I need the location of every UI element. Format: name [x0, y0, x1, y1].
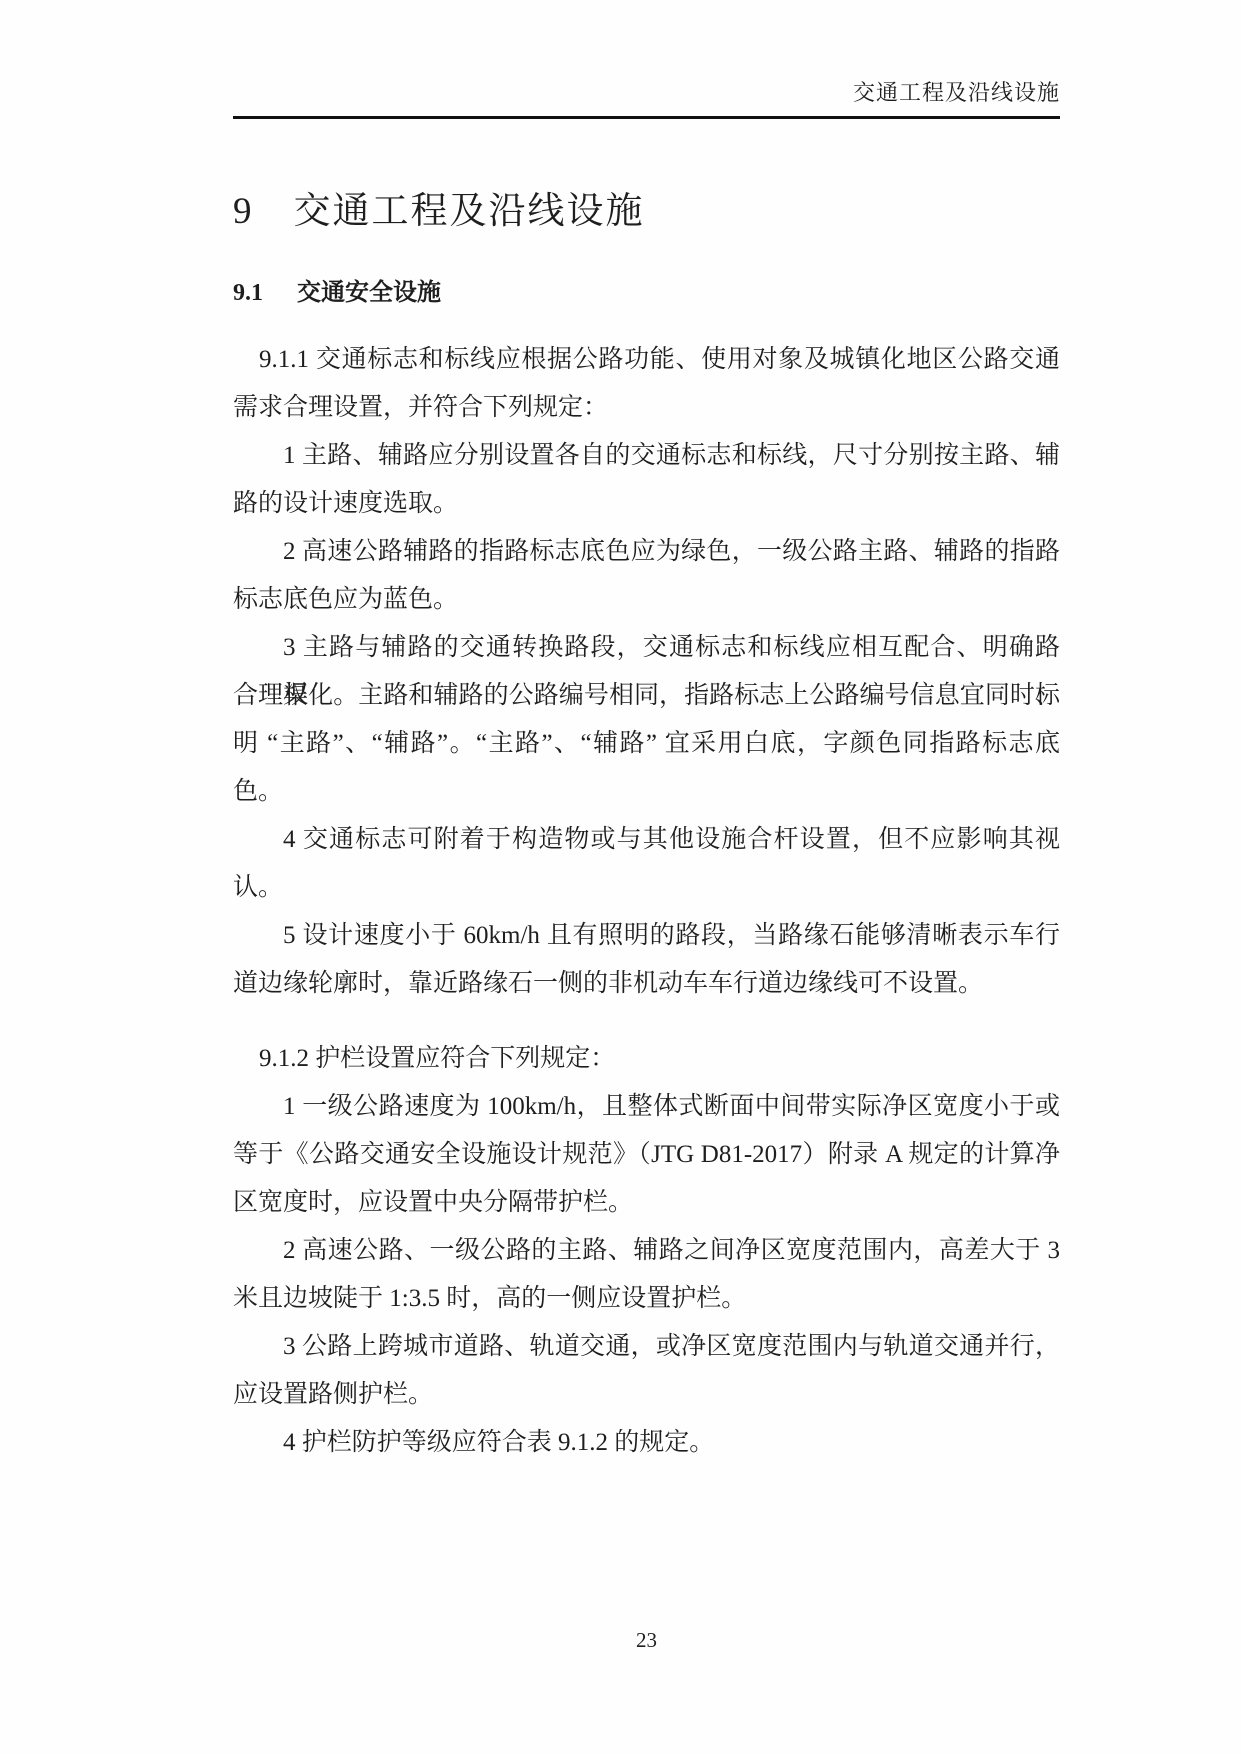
text-line: 等于《公路交通安全设施设计规范》（JTG D81-2017）附录 A 规定的计算… — [233, 1131, 1060, 1179]
section-title-text: 交通安全设施 — [297, 279, 441, 306]
text-line: 3 主路与辅路的交通转换路段，交通标志和标线应相互配合、明确路权、 — [233, 624, 1060, 672]
text-line: 米且边坡陡于 1:3.5 时，高的一侧应设置护栏。 — [233, 1275, 1060, 1323]
text-line: 明 “主路”、“辅路”。“主路”、“辅路” 宜采用白底，字颜色同指路标志底 — [233, 720, 1060, 768]
chapter-number: 9 — [233, 190, 254, 234]
text-line: 道边缘轮廓时，靠近路缘石一侧的非机动车车行道边缘线可不设置。 — [233, 960, 1060, 1008]
text-line: 路的设计速度选取。 — [233, 480, 1060, 528]
text-line: 应设置路侧护栏。 — [233, 1371, 1060, 1419]
chapter-title: 9交通工程及沿线设施 — [233, 190, 1060, 234]
text-line: 2 高速公路、一级公路的主路、辅路之间净区宽度范围内，高差大于 3 — [233, 1227, 1060, 1275]
text-line: 标志底色应为蓝色。 — [233, 576, 1060, 624]
page-number: 23 — [233, 1626, 1060, 1654]
text-line: 4 交通标志可附着于构造物或与其他设施合杆设置，但不应影响其视 — [233, 816, 1060, 864]
document-page: 交通工程及沿线设施 9交通工程及沿线设施 9.1交通安全设施 9.1.1 交通标… — [0, 0, 1241, 1754]
text-line: 4 护栏防护等级应符合表 9.1.2 的规定。 — [233, 1419, 1060, 1467]
chapter-title-text: 交通工程及沿线设施 — [294, 191, 645, 232]
section-heading: 9.1交通安全设施 — [233, 278, 1060, 308]
text-line: 2 高速公路辅路的指路标志底色应为绿色，一级公路主路、辅路的指路 — [233, 528, 1060, 576]
section-number: 9.1 — [233, 278, 263, 308]
running-header: 交通工程及沿线设施 — [233, 0, 1060, 119]
text-line: 色。 — [233, 768, 1060, 816]
text-line: 3 公路上跨城市道路、轨道交通，或净区宽度范围内与轨道交通并行， — [233, 1323, 1060, 1371]
text-line: 1 一级公路速度为 100km/h，且整体式断面中间带实际净区宽度小于或 — [233, 1083, 1060, 1131]
text-line: 认。 — [233, 864, 1060, 912]
text-line: 区宽度时，应设置中央分隔带护栏。 — [233, 1179, 1060, 1227]
text-line: 9.1.2 护栏设置应符合下列规定： — [233, 1035, 1060, 1083]
text-line: 5 设计速度小于 60km/h 且有照明的路段，当路缘石能够清晰表示车行 — [233, 912, 1060, 960]
text-line: 1 主路、辅路应分别设置各自的交通标志和标线，尺寸分别按主路、辅 — [233, 432, 1060, 480]
text-line: 9.1.1 交通标志和标线应根据公路功能、使用对象及城镇化地区公路交通 — [233, 336, 1060, 384]
body-lines: 9.1.1 交通标志和标线应根据公路功能、使用对象及城镇化地区公路交通需求合理设… — [233, 336, 1060, 1467]
running-header-title: 交通工程及沿线设施 — [853, 80, 1060, 105]
text-line: 合理渠化。主路和辅路的公路编号相同，指路标志上公路编号信息宜同时标 — [233, 672, 1060, 720]
text-line: 需求合理设置，并符合下列规定： — [233, 384, 1060, 432]
